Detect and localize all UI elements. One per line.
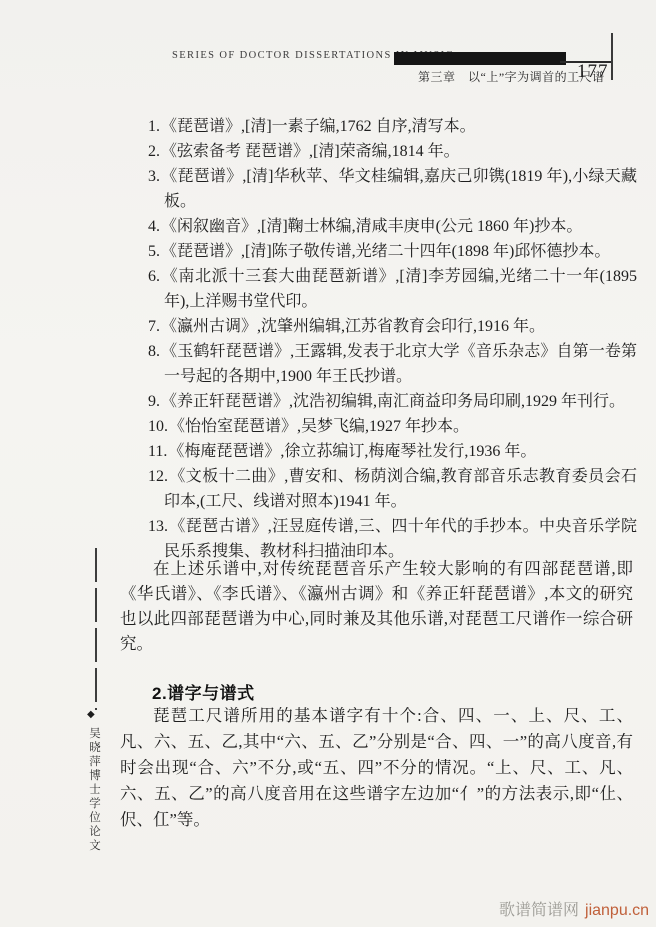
- page-number: 177: [577, 61, 609, 83]
- bibliography-item: 7.《瀛州古调》,沈肇州编辑,江苏省教育会印行,1916 年。: [148, 314, 637, 339]
- item-number: 10.: [148, 418, 168, 435]
- item-text: 《弦索备考 琵琶谱》,[清]荣斋编,1814 年。: [161, 143, 460, 160]
- bibliography-item: 1.《琵琶谱》,[清]一素子编,1762 自序,清写本。: [148, 114, 637, 139]
- bibliography-item: 5.《琵琶谱》,[清]陈子敬传谱,光绪二十四年(1898 年)邱怀德抄本。: [148, 239, 637, 264]
- item-number: 5.: [148, 243, 160, 260]
- item-number: 7.: [148, 318, 160, 335]
- item-text: 《琵琶谱》,[清]陈子敬传谱,光绪二十四年(1898 年)邱怀德抄本。: [161, 243, 610, 260]
- item-text: 《琵琶谱》,[清]一素子编,1762 自序,清写本。: [161, 118, 476, 135]
- item-number: 1.: [148, 118, 160, 135]
- item-text: 《瀛州古调》,沈肇州编辑,江苏省教育会印行,1916 年。: [161, 318, 545, 335]
- item-text: 《闲叙幽音》,[清]鞠士林编,清咸丰庚申(公元 1860 年)抄本。: [161, 218, 582, 235]
- header-corner-line: [611, 33, 613, 80]
- bibliography-item: 11.《梅庵琵琶谱》,徐立荪编订,梅庵琴社发行,1936 年。: [148, 439, 637, 464]
- bibliography-item: 4.《闲叙幽音》,[清]鞠士林编,清咸丰庚申(公元 1860 年)抄本。: [148, 214, 637, 239]
- item-number: 11.: [148, 443, 167, 460]
- item-number: 9.: [148, 393, 160, 410]
- summary-paragraph: 在上述乐谱中,对传统琵琶音乐产生较大影响的有四部琵琶谱,即《华氏谱》、《李氏谱》…: [120, 556, 633, 656]
- item-number: 8.: [148, 343, 160, 360]
- bibliography-item: 3.《琵琶谱》,[清]华秋苹、华文桂编辑,嘉庆己卯镌(1819 年),小绿天藏板…: [148, 164, 637, 214]
- item-number: 4.: [148, 218, 160, 235]
- bibliography-item: 6.《南北派十三套大曲琵琶新谱》,[清]李芳园编,光绪二十一年(1895 年),…: [148, 264, 637, 314]
- item-number: 13.: [148, 518, 168, 535]
- bibliography-item: 10.《怡怡室琵琶谱》,吴梦飞编,1927 年抄本。: [148, 414, 637, 439]
- item-text: 《琵琶古谱》,汪昱庭传谱,三、四十年代的手抄本。中央音乐学院民乐系搜集、教材科扫…: [164, 518, 637, 560]
- watermark: 歌谱简谱网jianpu.cn: [499, 897, 649, 920]
- watermark-site-name: 歌谱简谱网: [499, 902, 579, 919]
- item-text: 《文板十二曲》,曹安和、杨荫浏合编,教育部音乐志教育委员会石印本,(工尺、线谱对…: [164, 468, 637, 510]
- item-number: 3.: [148, 168, 160, 185]
- item-number: 6.: [148, 268, 160, 285]
- bibliography-item: 12.《文板十二曲》,曹安和、杨荫浏合编,教育部音乐志教育委员会石印本,(工尺、…: [148, 464, 637, 514]
- item-text: 《养正轩琵琶谱》,沈浩初编辑,南汇商益印务局印刷,1929 年刊行。: [161, 393, 625, 410]
- header-black-bar: [394, 52, 566, 65]
- item-number: 12.: [148, 468, 168, 485]
- bibliography-item: 8.《玉鹤轩琵琶谱》,王露辑,发表于北京大学《音乐杂志》自第一卷第一号起的各期中…: [148, 339, 637, 389]
- bibliography-item: 9.《养正轩琵琶谱》,沈浩初编辑,南汇商益印务局印刷,1929 年刊行。: [148, 389, 637, 414]
- item-number: 2.: [148, 143, 160, 160]
- item-text: 《琵琶谱》,[清]华秋苹、华文桂编辑,嘉庆己卯镌(1819 年),小绿天藏板。: [161, 168, 637, 210]
- item-text: 《南北派十三套大曲琵琶新谱》,[清]李芳园编,光绪二十一年(1895 年),上洋…: [161, 268, 637, 310]
- item-text: 《梅庵琵琶谱》,徐立荪编订,梅庵琴社发行,1936 年。: [168, 443, 536, 460]
- item-text: 《玉鹤轩琵琶谱》,王露辑,发表于北京大学《音乐杂志》自第一卷第一号起的各期中,1…: [161, 343, 637, 385]
- spine-vertical-label: 吴晓萍博士学位论文: [86, 727, 102, 857]
- watermark-site-url[interactable]: jianpu.cn: [585, 902, 649, 919]
- section-heading: 2.谱字与谱式: [152, 679, 255, 704]
- bibliography-item: 2.《弦索备考 琵琶谱》,[清]荣斋编,1814 年。: [148, 139, 637, 164]
- section-body-paragraph: 琵琶工尺谱所用的基本谱字有十个:合、四、一、上、尺、工、凡、六、五、乙,其中“六…: [120, 703, 633, 833]
- item-text: 《怡怡室琵琶谱》,吴梦飞编,1927 年抄本。: [169, 418, 469, 435]
- bibliography-list: 1.《琵琶谱》,[清]一素子编,1762 自序,清写本。 2.《弦索备考 琵琶谱…: [148, 114, 637, 564]
- spine-dashed-line: [95, 548, 97, 710]
- diamond-icon: ◆: [87, 709, 95, 720]
